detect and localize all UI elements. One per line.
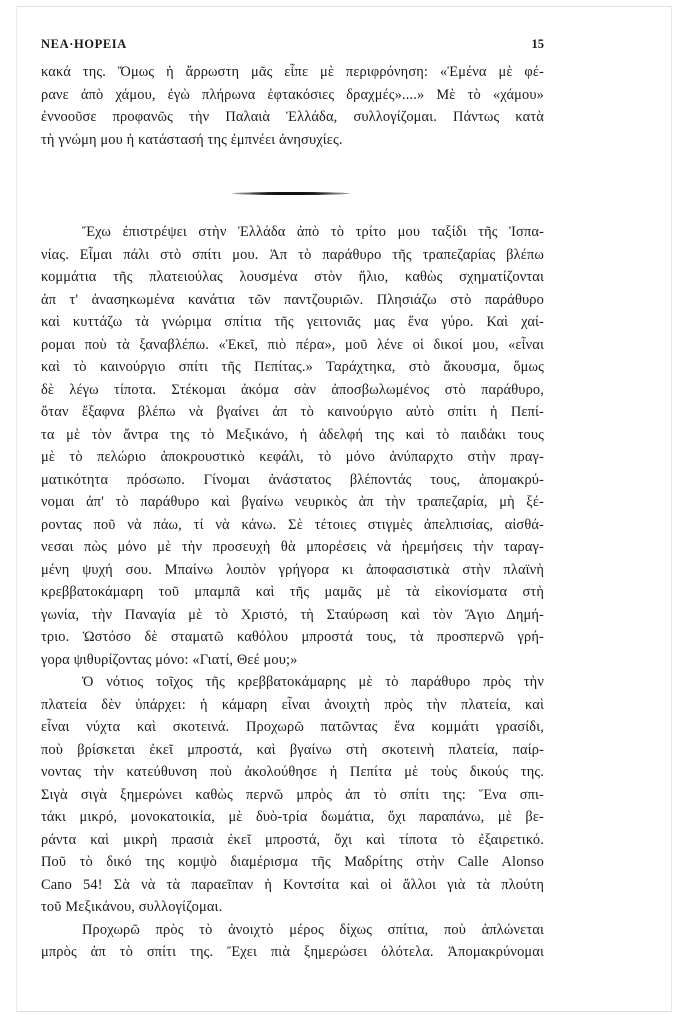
text-line: κομμάτια τῆς πλατειούλας λουσμένα στὸν ἥ… [41,266,544,289]
text-line: τὴ γνώμη μου ἡ κατάστασή της ἐμπνέει ἀνη… [41,129,544,152]
page-number: 15 [532,37,545,52]
text-line: τοῦ Μεξικάνου, συλλογίζομαι. [41,896,544,919]
section-1-text: κακά της. Ὅμως ἡ ἄρρωστη μᾶς εἶπε μὲ περ… [41,61,544,151]
text-line: κρεββατοκάμαρη τοῦ μπαμπᾶ καὶ τῆς μαμᾶς … [41,581,544,604]
text-line: ματικότητα πρόσωπο. Γίνομαι ἀνάστατος βλ… [41,469,544,492]
text-line: Cano 54! Σὰ νὰ τὰ παραεῖπαν ἡ Κοντσίτα κ… [41,874,544,897]
section-2-text: Ἔχω ἐπιστρέψει στὴν Ἑλλάδα ἀπὸ τὸ τρίτο … [41,221,544,964]
text-line: γωνία, τὴν Παναγία μὲ τὸ Χριστό, τὴ Σταύ… [41,604,544,627]
running-title: ΝΕΑ·ΗΟΡΕΙΑ [41,37,127,52]
text-line: καὶ κυττάζω τὰ γνώριμα σπίτια τῆς γειτον… [41,311,544,334]
text-line: Ποῦ τὸ δικό της κομψὸ διαμέρισμα τῆς Μαδ… [41,851,544,874]
text-line: κακά της. Ὅμως ἡ ἄρρωστη μᾶς εἶπε μὲ περ… [41,61,544,84]
text-line: δὲ λέγω τίποτα. Στέκομαι ἀκόμα σὰν ἀποσβ… [41,379,544,402]
text-line: μπρὸς ἀπ τὸ σπίτι της. Ἔχει πιὰ ξημερώσε… [41,941,544,964]
text-line: Σιγὰ σιγὰ ξημερώνει καθὼς περνῶ μπρὸς ἀπ… [41,784,544,807]
text-line: τάκι μικρό, μονοκατοικία, μὲ δυὸ-τρία δω… [41,806,544,829]
text-line: ἐννοοῦσε προφανῶς τὴν Παλαιὰ Ἑλλάδα, συλ… [41,106,544,129]
text-line: Ὁ νότιος τοῖχος τῆς κρεββατοκάμαρης μὲ τ… [41,671,544,694]
text-line: Προχωρῶ πρὸς τὸ ἀνοιχτὸ μέρος δίχως σπίτ… [41,919,544,942]
text-line: τα μὲ τὸν ἄντρα της τὸ Μεξικάνο, ἡ ἀδελφ… [41,424,544,447]
text-line: πλατεία δὲν ὑπάρχει: ἡ κάμαρη εἶναι ἀνοι… [41,694,544,717]
text-line: γορα ψιθυρίζοντας μόνο: «Γιατί, Θεέ μου;… [41,649,544,672]
text-line: νίας. Εἶμαι πάλι στὸ σπίτι μου. Ἀπ τὸ πα… [41,244,544,267]
text-line: ποὺ βρίσκεται ἐκεῖ μπροστά, καὶ βγαίνω σ… [41,739,544,762]
text-line: τριο. Ὡστόσο δὲ σταματῶ καθόλου μπροστά … [41,626,544,649]
text-line: ρανε ἀπὸ χάμου, ἐγὼ πλήρωνα ἑφτακόσιες δ… [41,84,544,107]
text-line: ρομαι ποὺ τὰ ξαναβλέπω. «Ἐκεῖ, πιὸ πέρα»… [41,334,544,357]
text-line: ράντα καὶ μικρὴ πρασιὰ ἐκεῖ μπροστά, ὄχι… [41,829,544,852]
text-line: νοντας τὴν κατεύθυνση ποὺ ἀκολούθησε ἡ Π… [41,761,544,784]
running-head: ΝΕΑ·ΗΟΡΕΙΑ 15 [41,37,544,55]
text-line: καὶ τὸ καινούργιο σπίτι τῆς Πεπίτας.» Τα… [41,356,544,379]
text-line: μένη ψυχή σου. Μπαίνω λοιπὸν γρήγορα κι … [41,559,544,582]
section-divider [232,192,350,195]
text-line: ὅταν ἔξαφνα βλέπω νὰ βγαίνει ἀπ τὸ καινο… [41,401,544,424]
text-line: ροντας ποῦ νὰ πάω, τί νὰ κάνω. Σὲ τέτοιε… [41,514,544,537]
text-line: νεσαι πὼς μόνο μὲ τὴν προσευχὴ θὰ μπορέσ… [41,536,544,559]
text-line: νομαι ἀπ' τὸ παράθυρο καὶ βγαίνω νευρικὸ… [41,491,544,514]
text-line: ἀπ τ' ἀνασηκωμένα κανάτια τῶν παντζουριῶ… [41,289,544,312]
text-line: Ἔχω ἐπιστρέψει στὴν Ἑλλάδα ἀπὸ τὸ τρίτο … [41,221,544,244]
text-line: μὲ τὸ πελώριο ἀποκρουστικὸ κεφάλι, τὸ μό… [41,446,544,469]
text-line: εἶναι νύχτα καὶ σκοτεινά. Προχωρῶ πατῶντ… [41,716,544,739]
